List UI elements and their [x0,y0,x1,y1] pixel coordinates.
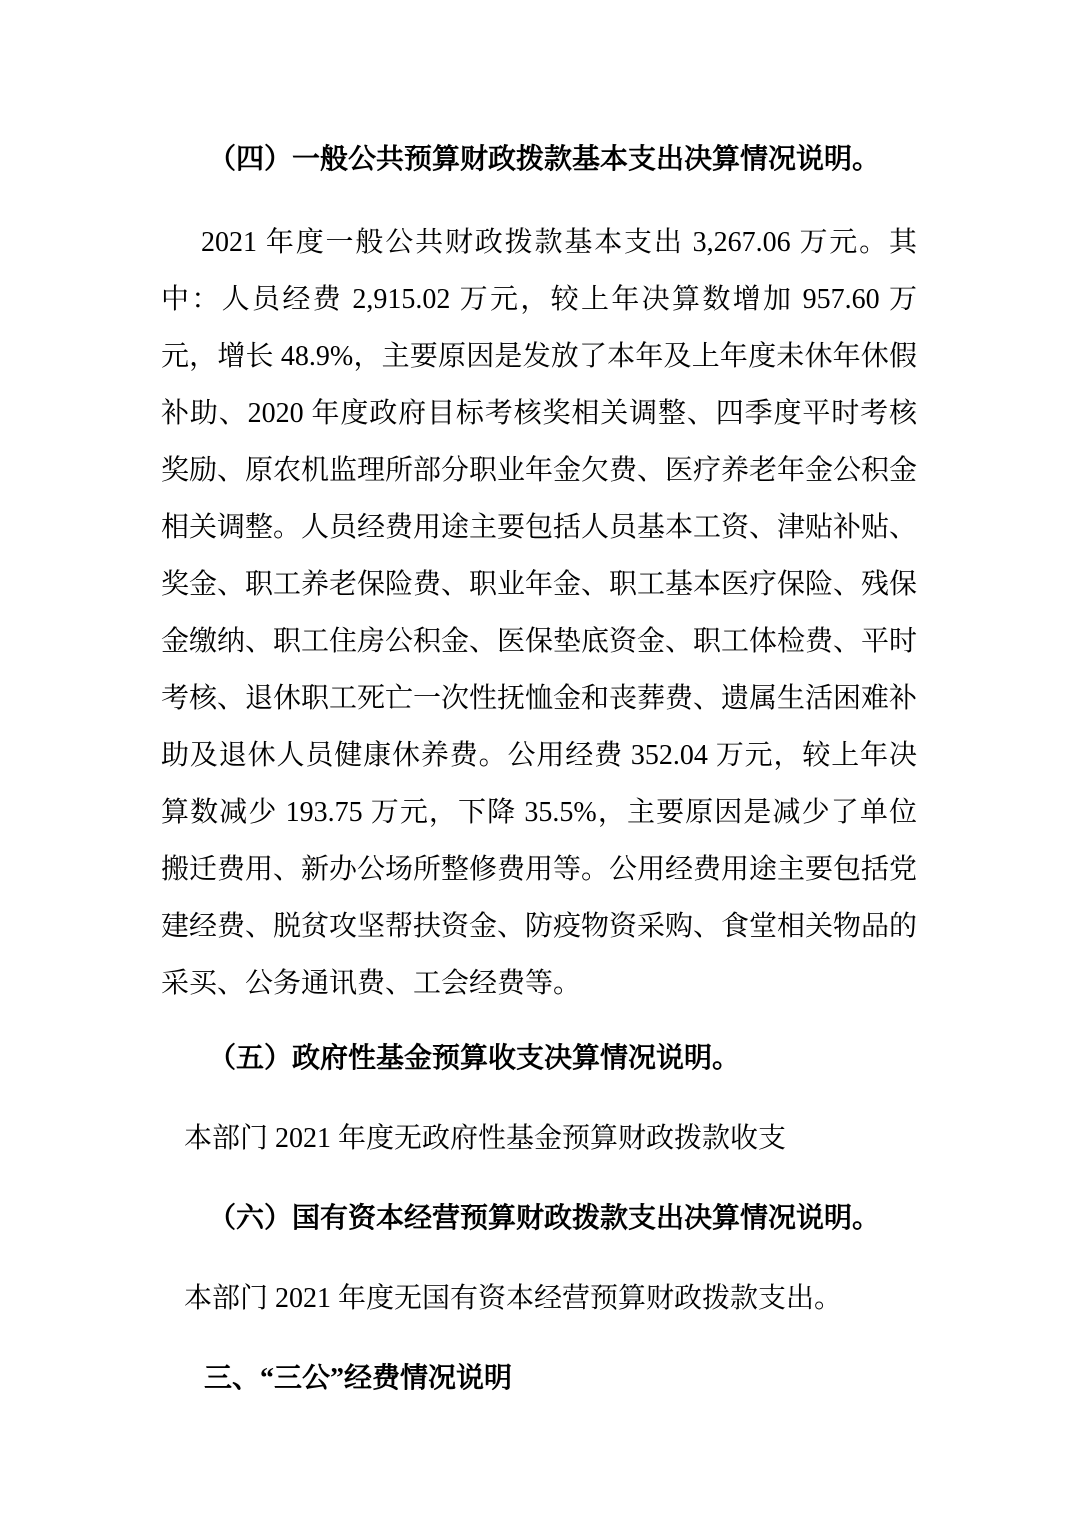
document-page: （四）一般公共预算财政拨款基本支出决算情况说明。 2021 年度一般公共财政拨款… [0,0,1074,1520]
paragraph-no-gov-fund-budget: 本部门 2021 年度无政府性基金预算财政拨款收支 [161,1110,917,1167]
section-heading-6-state-capital-budget: （六）国有资本经营预算财政拨款支出决算情况说明。 [161,1190,917,1247]
paragraph-basic-expenditure-details: 2021 年度一般公共财政拨款基本支出 3,267.06 万元。其中：人员经费 … [161,214,917,1012]
section-heading-5-gov-fund-budget: （五）政府性基金预算收支决算情况说明。 [161,1030,917,1087]
section-heading-4-basic-expenditure: （四）一般公共预算财政拨款基本支出决算情况说明。 [161,131,917,188]
document-content: （四）一般公共预算财政拨款基本支出决算情况说明。 2021 年度一般公共财政拨款… [0,0,1074,1520]
chapter-heading-three-public-funds: 三、“三公”经费情况说明 [161,1350,917,1407]
paragraph-no-state-capital-budget: 本部门 2021 年度无国有资本经营预算财政拨款支出。 [161,1270,917,1327]
